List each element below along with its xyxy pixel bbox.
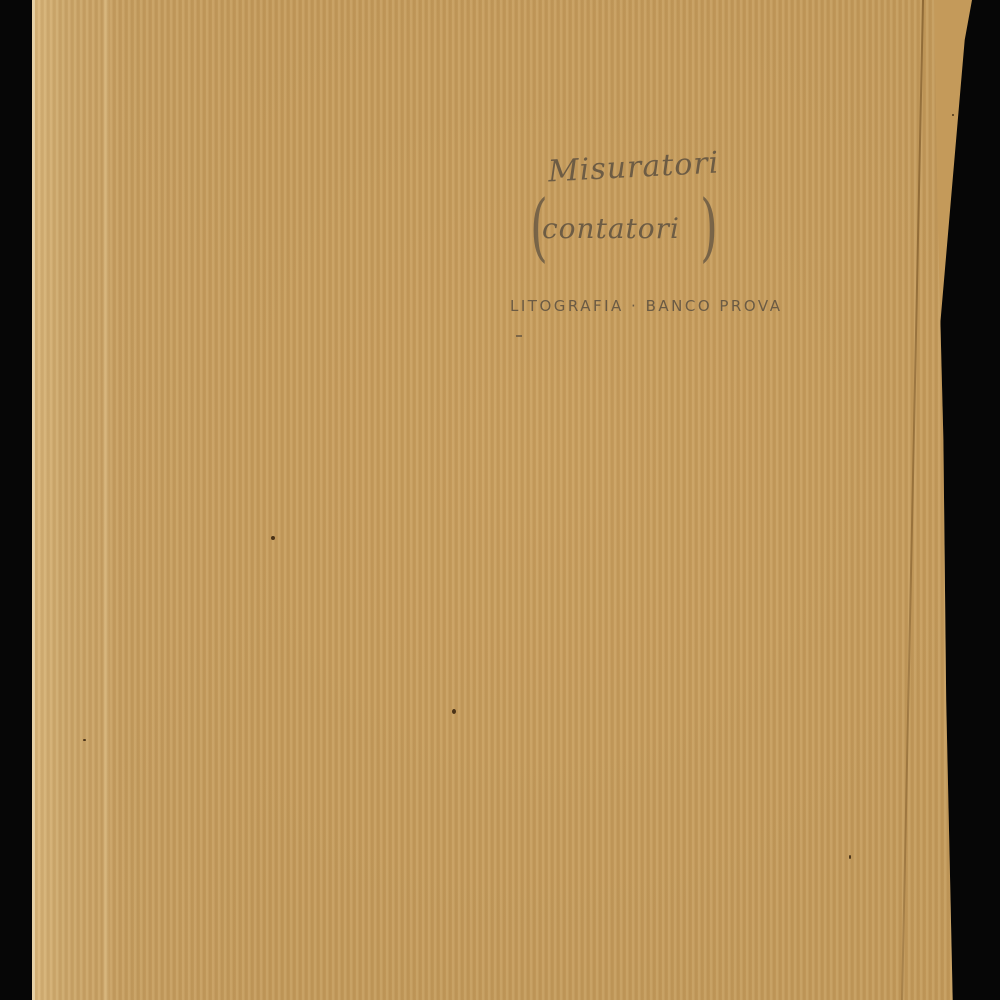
paper-speck [452,709,456,714]
paper-speck [83,739,86,741]
paper-speck [849,855,851,859]
paper-speck [952,114,954,116]
close-parenthesis: ) [700,184,718,270]
paper-speck [271,536,275,540]
cover-left-edge [32,0,35,1000]
handwritten-subtitle: contatori [542,212,680,245]
scanned-document: Misuratori ( contatori ) LITOGRAFIA · BA… [0,0,1000,1000]
folder-cover [32,0,962,1000]
handwritten-label: LITOGRAFIA · BANCO PROVA [510,297,782,315]
pencil-dash-mark [516,335,522,337]
cover-crease [102,0,110,1000]
